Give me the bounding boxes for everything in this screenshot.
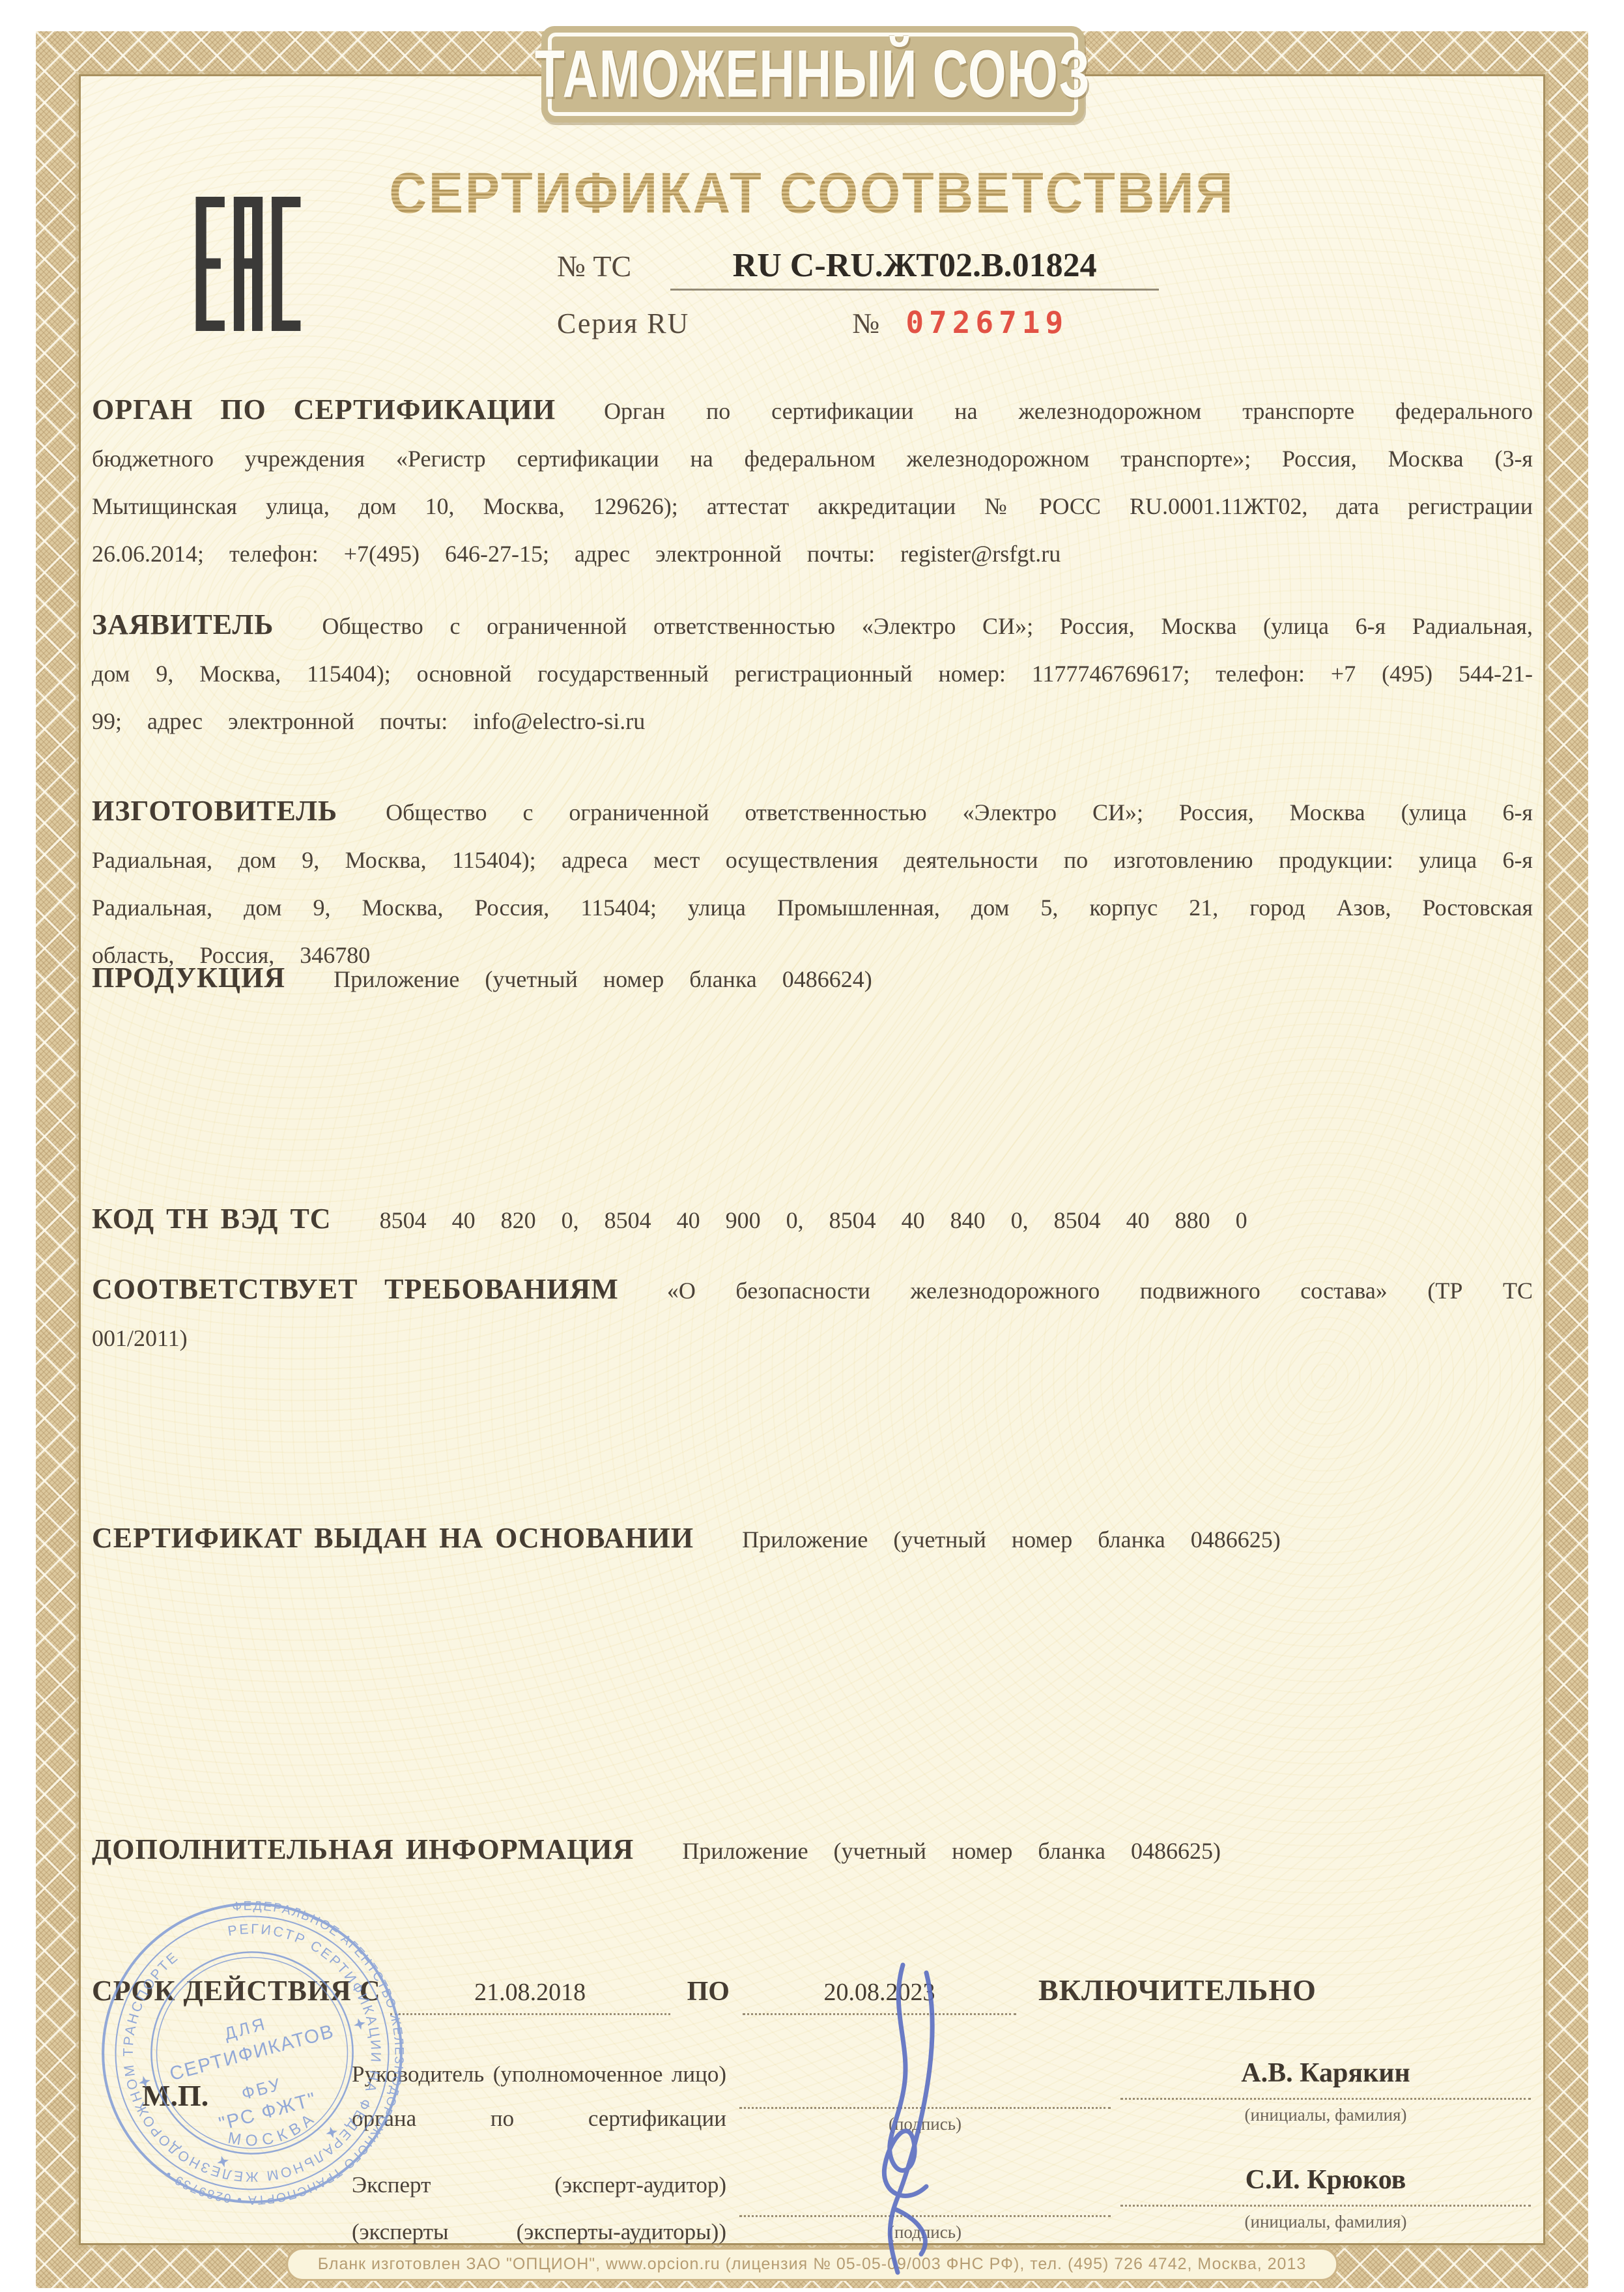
validity-row: СРОК ДЕЙСТВИЯ С21.08.2018ПО20.08.2023ВКЛ… (92, 1973, 1317, 2015)
cert-number-row: № ТСRU C-RU.ЖТ02.В.01824 (557, 246, 1159, 291)
validity-label: СРОК ДЕЙСТВИЯ С (92, 1975, 381, 2007)
head-name-block: А.В. Карякин (инициалы, фамилия) (1120, 2057, 1531, 2125)
expert-name-block: С.И. Крюков (инициалы, фамилия) (1120, 2164, 1531, 2232)
series-number-sign: № (852, 308, 879, 339)
head-name-caption: (инициалы, фамилия) (1120, 2098, 1531, 2125)
blank-manufacturer-footer: Бланк изготовлен ЗАО "ОПЦИОН", www.opcio… (286, 2248, 1339, 2281)
section-certification-body: ОРГАН ПО СЕРТИФИКАЦИИОрган по сертификац… (92, 386, 1533, 578)
section-issued-on-basis: СЕРТИФИКАТ ВЫДАН НА ОСНОВАНИИПриложение … (92, 1514, 1533, 1564)
section-additional-info-text: Приложение (учетный номер бланка 0486625… (682, 1838, 1221, 1864)
head-name: А.В. Карякин (1120, 2057, 1531, 2089)
certificate-sheet (36, 31, 1588, 2288)
series-label: Серия RU (557, 308, 689, 339)
section-manufacturer-label: ИЗГОТОВИТЕЛЬ (92, 795, 337, 827)
expert-role-line2: (эксперты (эксперты-аудиторы)) (352, 2219, 726, 2244)
section-complies-with: СООТВЕТСТВУЕТ ТРЕБОВАНИЯМ«О безопасности… (92, 1265, 1533, 1362)
section-applicant-text: Общество с ограниченной ответственностью… (92, 613, 1533, 734)
section-production-label: ПРОДУКЦИЯ (92, 962, 285, 994)
expert-name-caption: (инициалы, фамилия) (1120, 2205, 1531, 2232)
stamp-place-label: М.П. (142, 2078, 208, 2113)
section-applicant: ЗАЯВИТЕЛЬОбщество с ограниченной ответст… (92, 601, 1533, 745)
section-additional-info: ДОПОЛНИТЕЛЬНАЯ ИНФОРМАЦИЯПриложение (уче… (92, 1826, 1533, 1875)
head-signature-line: (подпись) (739, 2107, 1111, 2134)
expert-role-label: Эксперт (эксперт-аудитор) (эксперты (экс… (352, 2162, 726, 2256)
expert-role-line1: Эксперт (эксперт-аудитор) (352, 2172, 726, 2198)
scanned-certificate-page: { "header": { "badge_title": "ТАМОЖЕННЫЙ… (0, 0, 1624, 2292)
series-value: 0726719 (905, 305, 1068, 340)
cert-number-label: № ТС (557, 250, 631, 283)
section-issued-on-basis-text: Приложение (учетный номер бланка 0486625… (742, 1526, 1281, 1553)
section-applicant-label: ЗАЯВИТЕЛЬ (92, 609, 274, 640)
customs-union-badge-title: ТАМОЖЕННЫЙ СОЮЗ (535, 36, 1091, 113)
section-additional-info-label: ДОПОЛНИТЕЛЬНАЯ ИНФОРМАЦИЯ (92, 1833, 634, 1865)
section-tn-ved-code: КОД ТН ВЭД ТС8504 40 820 0, 8504 40 900 … (92, 1195, 1533, 1244)
section-certification-body-label: ОРГАН ПО СЕРТИФИКАЦИИ (92, 394, 556, 425)
section-issued-on-basis-label: СЕРТИФИКАТ ВЫДАН НА ОСНОВАНИИ (92, 1522, 694, 1554)
head-role-label: Руководитель (уполномоченное лицо) орган… (352, 2052, 726, 2141)
section-production-text: Приложение (учетный номер бланка 0486624… (334, 966, 872, 992)
expert-name: С.И. Крюков (1120, 2164, 1531, 2196)
section-manufacturer: ИЗГОТОВИТЕЛЬОбщество с ограниченной отве… (92, 787, 1533, 979)
section-production: ПРОДУКЦИЯПриложение (учетный номер бланк… (92, 954, 1533, 1003)
certificate-title: СЕРТИФИКАТ СООТВЕТСТВИЯ (40, 160, 1583, 227)
cert-number-value: RU C-RU.ЖТ02.В.01824 (670, 246, 1159, 291)
expert-signature-line: (подпись) (739, 2215, 1111, 2242)
section-tn-ved-code-text: 8504 40 820 0, 8504 40 900 0, 8504 40 84… (380, 1207, 1247, 1233)
validity-to-date: 20.08.2023 (743, 1978, 1016, 2015)
validity-po-label: ПО (687, 1977, 730, 2007)
customs-union-badge: ТАМОЖЕННЫЙ СОЮЗ (541, 26, 1085, 122)
section-complies-with-label: СООТВЕТСТВУЕТ ТРЕБОВАНИЯМ (92, 1273, 619, 1305)
section-tn-ved-code-label: КОД ТН ВЭД ТС (92, 1203, 332, 1235)
validity-inclusive-label: ВКЛЮЧИТЕЛЬНО (1038, 1973, 1317, 2007)
series-row: Серия RU№0726719 (557, 305, 1068, 340)
validity-from-date: 21.08.2018 (390, 1978, 670, 2015)
